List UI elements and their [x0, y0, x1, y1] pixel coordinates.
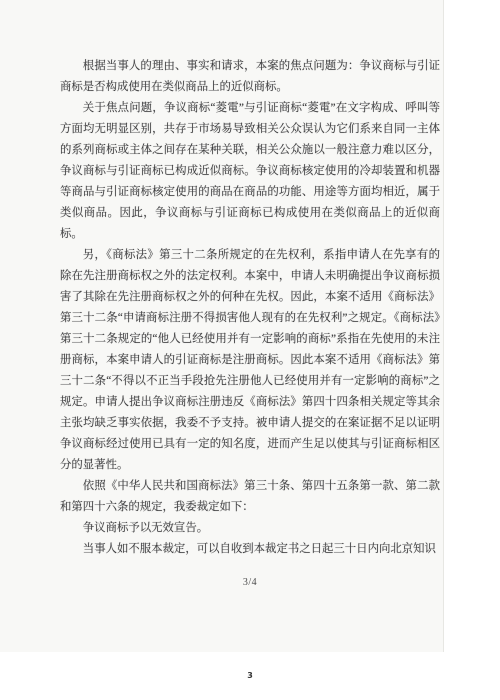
document-paragraph: 当事人如不服本裁定，可以自收到本裁定书之日起三十日内向北京知识 [60, 539, 440, 560]
document-paragraph: 争议商标予以无效宣告。 [60, 518, 440, 539]
pdf-page-number: 3 [0, 671, 500, 680]
document-paragraph: 根据当事人的理由、事实和请求，本案的焦点问题为：争议商标与引证商标是否构成使用在… [60, 56, 440, 98]
document-body: 根据当事人的理由、事实和请求，本案的焦点问题为：争议商标与引证商标是否构成使用在… [60, 56, 440, 560]
pdf-page: 根据当事人的理由、事实和请求，本案的焦点问题为：争议商标与引证商标是否构成使用在… [0, 0, 500, 700]
scan-page-number: 3/4 [60, 577, 440, 588]
scanned-document: 根据当事人的理由、事实和请求，本案的焦点问题为：争议商标与引证商标是否构成使用在… [0, 0, 444, 652]
document-paragraph: 依照《中华人民共和国商标法》第三十条、第四十五条第一款、第二款和第四十六条的规定… [60, 476, 440, 518]
document-paragraph: 关于焦点问题，争议商标“菱電”与引证商标“菱電”在文字构成、呼叫等方面均无明显区… [60, 98, 440, 245]
document-paragraph: 另，《商标法》第三十二条所规定的在先权利，系指申请人在先享有的除在先注册商标权之… [60, 245, 440, 476]
